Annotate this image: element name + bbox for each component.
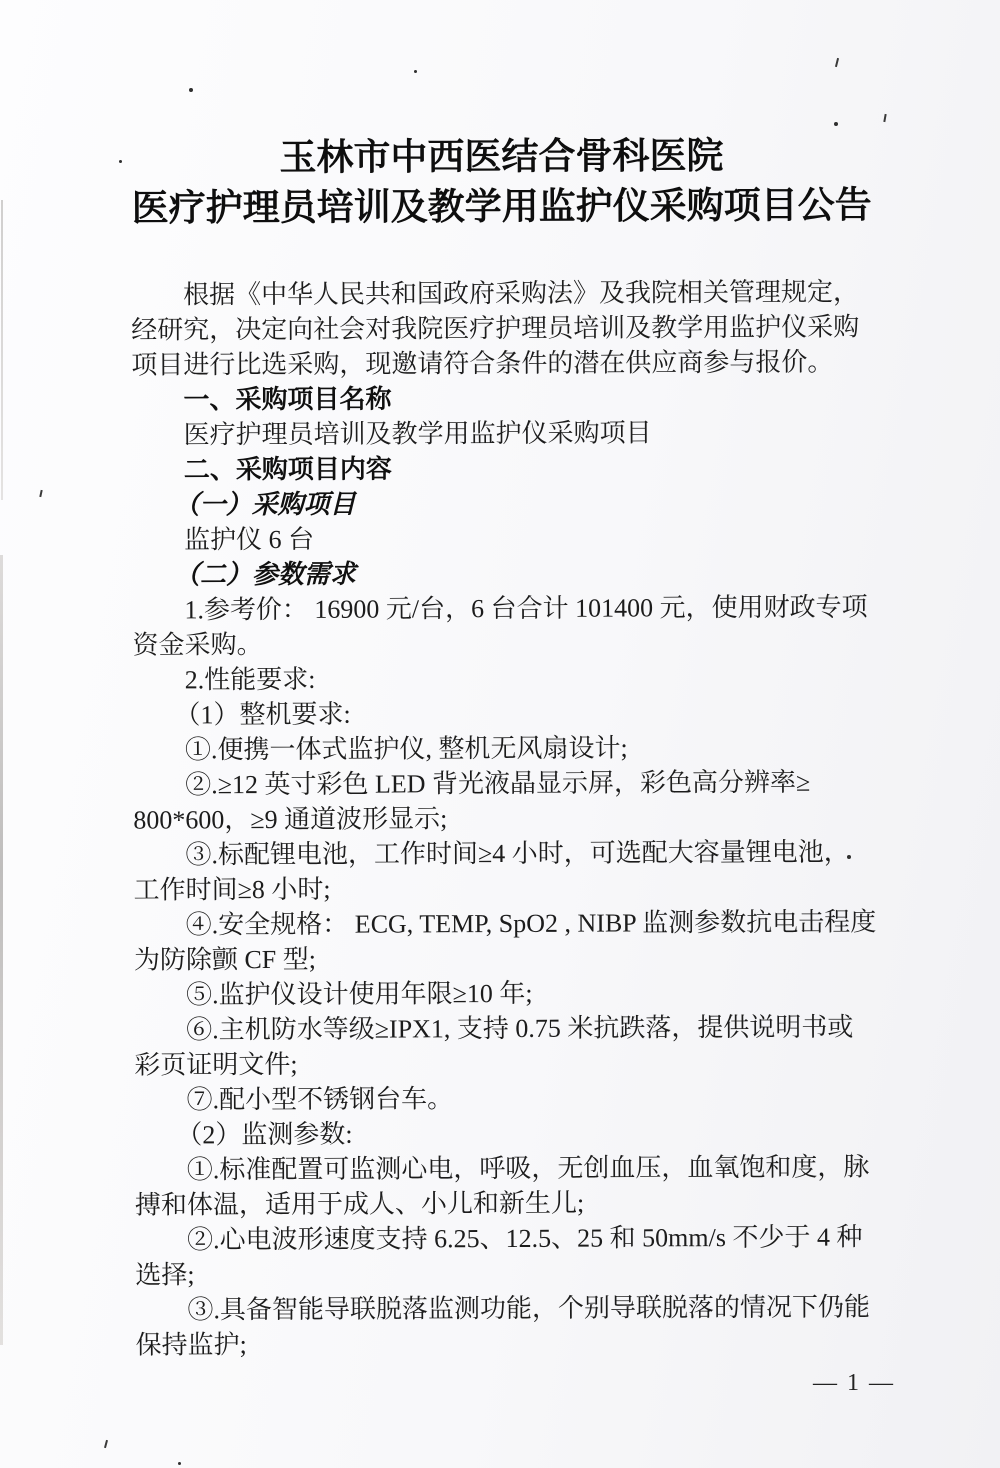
- document-line: ⑦.配小型不锈钢台车。: [134, 1079, 876, 1117]
- document-line: 800*600，≥9 通道波形显示;: [133, 799, 875, 837]
- scan-edge-smudge: [0, 555, 3, 1345]
- document-line: ①.便携一体式监护仪, 整机无风扇设计;: [133, 729, 875, 767]
- document-line: ⑥.主机防水等级≥IPX1, 支持 0.75 米抗跌落，提供说明书或: [134, 1009, 876, 1047]
- scan-speckle: [104, 1440, 108, 1448]
- document-line: 搏和体温，适用于成人、小儿和新生儿;: [135, 1184, 877, 1222]
- scan-edge-smudge: [1, 200, 3, 500]
- document-line: 保持监护;: [136, 1324, 878, 1362]
- scan-speckle: [178, 1462, 181, 1465]
- page-number: — 1 —: [813, 1370, 895, 1397]
- scan-speckle: [835, 58, 839, 67]
- document-line: ⑤.监护仪设计使用年限≥10 年;: [134, 974, 876, 1012]
- document-line: ②.心电波形速度支持 6.25、12.5、25 和 50mm/s 不少于 4 种: [135, 1219, 877, 1257]
- document-line: 经研究，决定向社会对我院医疗护理员培训及教学用监护仪采购: [131, 309, 873, 347]
- document-line: 二、采购项目内容: [132, 449, 874, 487]
- scan-speckle: [119, 160, 122, 163]
- scan-speckle: [189, 88, 193, 92]
- document-line: ③.标配锂电池，工作时间≥4 小时，可选配大容量锂电池，: [133, 834, 875, 872]
- scan-speckle: [414, 70, 417, 73]
- document-line: （1）整机要求:: [133, 694, 875, 732]
- document-line: ②.≥12 英寸彩色 LED 背光液晶显示屏，彩色高分辨率≥: [133, 764, 875, 802]
- document-line: （一）采购项目: [132, 484, 874, 522]
- document-line: ①.标准配置可监测心电，呼吸，无创血压，血氧饱和度，脉: [135, 1149, 877, 1187]
- document-line: 资金采购。: [132, 624, 874, 662]
- document-line: 选择;: [135, 1254, 877, 1292]
- document-line: 2.性能要求:: [133, 659, 875, 697]
- document-content: 玉林市中西医结合骨科医院 医疗护理员培训及教学用监护仪采购项目公告 根据《中华人…: [130, 130, 877, 1362]
- document-line: ④.安全规格： ECG, TEMP, SpO2 , NIBP 监测参数抗电击程度: [134, 904, 876, 942]
- scan-speckle: [39, 490, 42, 497]
- document-line: ③.具备智能导联脱落监测功能，个别导联脱落的情况下仍能: [135, 1289, 877, 1327]
- document-line: 为防除颤 CF 型;: [134, 939, 876, 977]
- document-body: 根据《中华人民共和国政府采购法》及我院相关管理规定，经研究，决定向社会对我院医疗…: [131, 274, 878, 1362]
- document-line: 一、采购项目名称: [131, 379, 873, 417]
- document-line: （2）监测参数:: [135, 1114, 877, 1152]
- document-line: 根据《中华人民共和国政府采购法》及我院相关管理规定，: [131, 274, 873, 312]
- document-line: 彩页证明文件;: [134, 1044, 876, 1082]
- scan-speckle: [834, 122, 838, 126]
- document-line: 1.参考价： 16900 元/台，6 台合计 101400 元，使用财政专项: [132, 589, 874, 627]
- scanned-document-page: 玉林市中西医结合骨科医院 医疗护理员培训及教学用监护仪采购项目公告 根据《中华人…: [0, 0, 1000, 1468]
- document-title-line1: 玉林市中西医结合骨科医院: [130, 130, 872, 183]
- document-line: 项目进行比选采购，现邀请符合条件的潜在供应商参与报价。: [131, 344, 873, 382]
- document-title-line2: 医疗护理员培训及教学用监护仪采购项目公告: [131, 180, 873, 233]
- document-line: 监护仪 6 台: [132, 519, 874, 557]
- document-line: 工作时间≥8 小时;: [134, 869, 876, 907]
- document-line: 医疗护理员培训及教学用监护仪采购项目: [132, 414, 874, 452]
- scan-speckle: [883, 114, 886, 122]
- document-line: （二）参数需求: [132, 554, 874, 592]
